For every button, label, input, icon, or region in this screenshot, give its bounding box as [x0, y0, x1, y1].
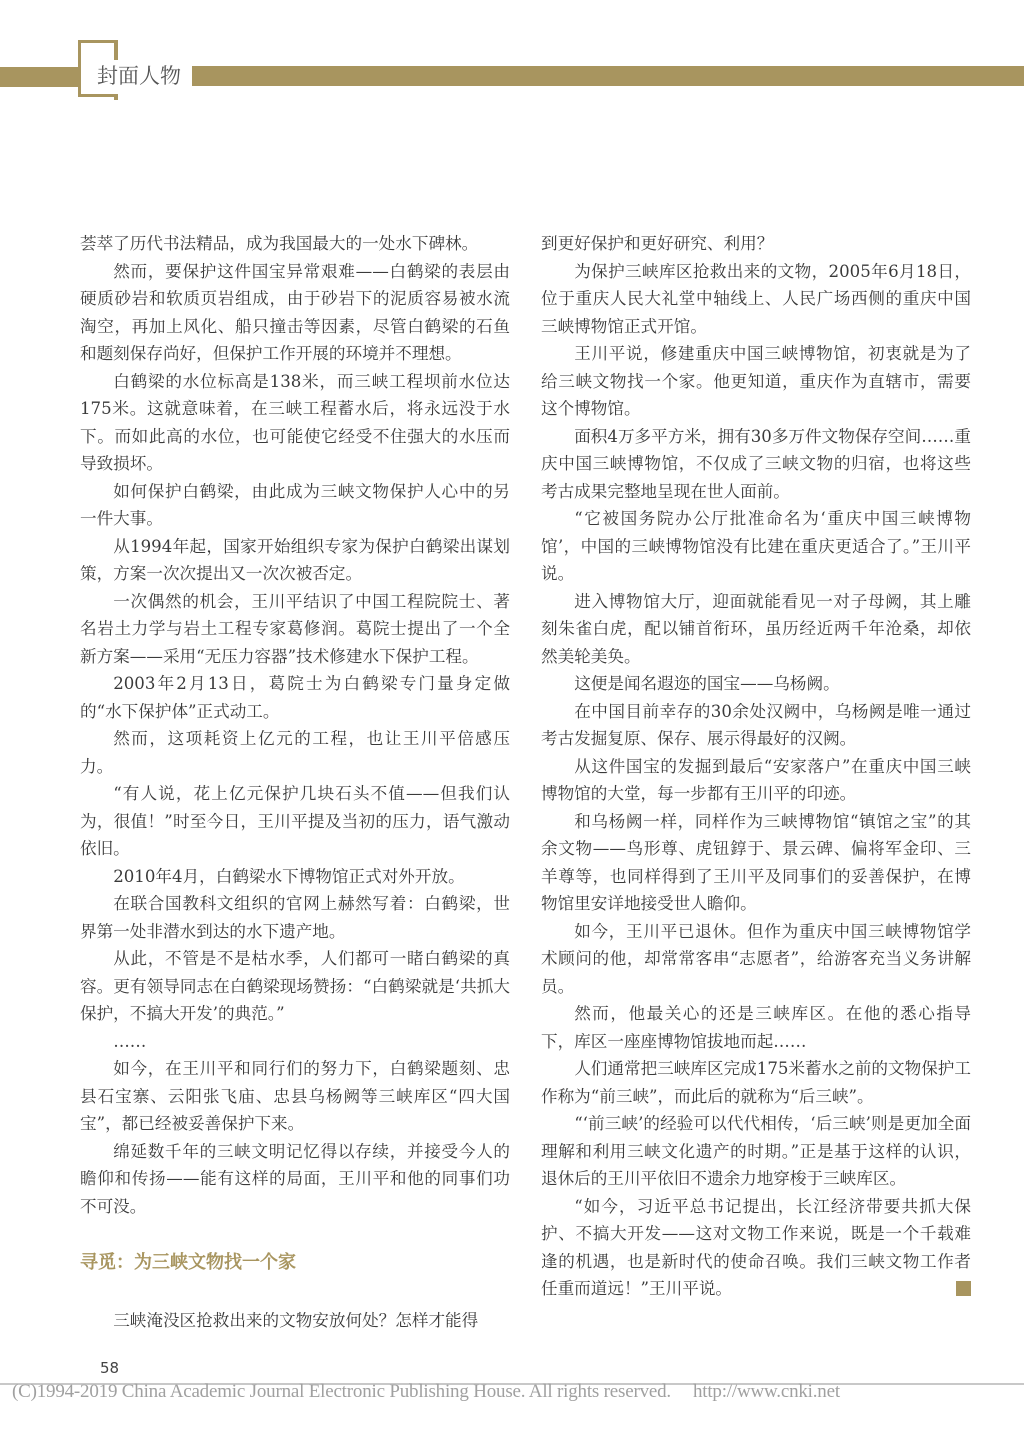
paragraph: 进入博物馆大厅，迎面就能看见一对子母阙，其上雕刻朱雀白虎，配以铺首衔环，虽历经近… — [541, 588, 971, 671]
paragraph: 从1994年起，国家开始组织专家为保护白鹤梁出谋划策，方案一次次提出又一次次被否… — [80, 533, 510, 588]
section-label: 封面人物 — [97, 63, 181, 89]
paragraph: 2003年2月13日，葛院士为白鹤梁专门量身定做的“水下保护体”正式动工。 — [80, 670, 510, 725]
paragraph: 如何保护白鹤梁，由此成为三峡文物保护人心中的另一件大事。 — [80, 478, 510, 533]
paragraph: 荟萃了历代书法精品，成为我国最大的一处水下碑林。 — [80, 230, 510, 258]
section-heading: 寻觅：为三峡文物找一个家 — [80, 1249, 510, 1277]
paragraph: 面积4万多平方米，拥有30多万件文物保存空间……重庆中国三峡博物馆，不仅成了三峡… — [541, 423, 971, 506]
paragraph: 白鹤梁的水位标高是138米，而三峡工程坝前水位达175米。这就意味着，在三峡工程… — [80, 368, 510, 478]
paragraph: 王川平说，修建重庆中国三峡博物馆，初衷就是为了给三峡文物找一个家。他更知道，重庆… — [541, 340, 971, 423]
paragraph: 绵延数千年的三峡文明记忆得以存续，并接受今人的瞻仰和传扬——能有这样的局面，王川… — [80, 1138, 510, 1221]
paragraph: 然而，这项耗资上亿元的工程，也让王川平倍感压力。 — [80, 725, 510, 780]
paragraph: 为保护三峡库区抢救出来的文物，2005年6月18日，位于重庆人民大礼堂中轴线上、… — [541, 258, 971, 341]
header-bracket-top-tick — [114, 40, 118, 60]
page-number: 58 — [100, 1359, 119, 1377]
paragraph: 如今，在王川平和同行们的努力下，白鹤梁题刻、忠县石宝寨、云阳张飞庙、忠县乌杨阙等… — [80, 1055, 510, 1138]
header-bracket-bottom-tick — [114, 94, 118, 100]
final-paragraph-text: “如今，习近平总书记提出，长江经济带要共抓大保护、不搞大开发——这对文物工作来说… — [541, 1197, 971, 1299]
paragraph: 然而，他最关心的还是三峡库区。在他的悉心指导下，库区一座座博物馆拔地而起…… — [541, 1000, 971, 1055]
cnki-link[interactable]: http://www.cnki.net — [693, 1381, 840, 1402]
ellipsis-paragraph: …… — [80, 1028, 510, 1056]
paragraph: 三峡淹没区抢救出来的文物安放何处？怎样才能得 — [80, 1307, 510, 1335]
paragraph: 从此，不管是不是枯水季，人们都可一睹白鹤梁的真容。更有领导同志在白鹤梁现场赞扬：… — [80, 945, 510, 1028]
left-column: 荟萃了历代书法精品，成为我国最大的一处水下碑林。 然而，要保护这件国宝异常艰难—… — [80, 230, 510, 1334]
paragraph: “‘前三峡’的经验可以代代相传，‘后三峡’则是更加全面理解和利用三峡文化遗产的时… — [541, 1110, 971, 1193]
paragraph: 在中国目前幸存的30余处汉阙中，乌杨阙是唯一通过考古发掘复原、保存、展示得最好的… — [541, 698, 971, 753]
paragraph: 从这件国宝的发掘到最后“安家落户”在重庆中国三峡博物馆的大堂，每一步都有王川平的… — [541, 753, 971, 808]
right-column: 到更好保护和更好研究、利用？ 为保护三峡库区抢救出来的文物，2005年6月18日… — [541, 230, 971, 1303]
copyright-notice: (C)1994-2019 China Academic Journal Elec… — [12, 1381, 840, 1403]
paragraph: 到更好保护和更好研究、利用？ — [541, 230, 971, 258]
paragraph: 然而，要保护这件国宝异常艰难——白鹤梁的表层由硬质砂岩和软质页岩组成，由于砂岩下… — [80, 258, 510, 368]
paragraph: 这便是闻名遐迩的国宝——乌杨阙。 — [541, 670, 971, 698]
paragraph: “它被国务院办公厅批准命名为‘重庆中国三峡博物馆’，中国的三峡博物馆没有比建在重… — [541, 505, 971, 588]
header-bar-right — [192, 66, 1024, 86]
paragraph: 在联合国教科文组织的官网上赫然写着：白鹤梁，世界第一处非潜水到达的水下遗产地。 — [80, 890, 510, 945]
paragraph: 和乌杨阙一样，同样作为三峡博物馆“镇馆之宝”的其余文物——鸟形尊、虎钮錞于、景云… — [541, 808, 971, 918]
header-bar-left — [0, 67, 80, 87]
end-of-article-square-icon — [956, 1281, 971, 1296]
paragraph: “有人说，花上亿元保护几块石头不值——但我们认为，很值！”时至今日，王川平提及当… — [80, 780, 510, 863]
paragraph: 2010年4月，白鹤梁水下博物馆正式对外开放。 — [80, 863, 510, 891]
paragraph: 人们通常把三峡库区完成175米蓄水之前的文物保护工作称为“前三峡”，而此后的就称… — [541, 1055, 971, 1110]
final-paragraph: “如今，习近平总书记提出，长江经济带要共抓大保护、不搞大开发——这对文物工作来说… — [541, 1193, 971, 1303]
copyright-text: (C)1994-2019 China Academic Journal Elec… — [12, 1381, 671, 1402]
paragraph: 如今，王川平已退休。但作为重庆中国三峡博物馆学术顾问的他，却常常客串“志愿者”，… — [541, 918, 971, 1001]
paragraph: 一次偶然的机会，王川平结识了中国工程院院士、著名岩土力学与岩土工程专家葛修润。葛… — [80, 588, 510, 671]
